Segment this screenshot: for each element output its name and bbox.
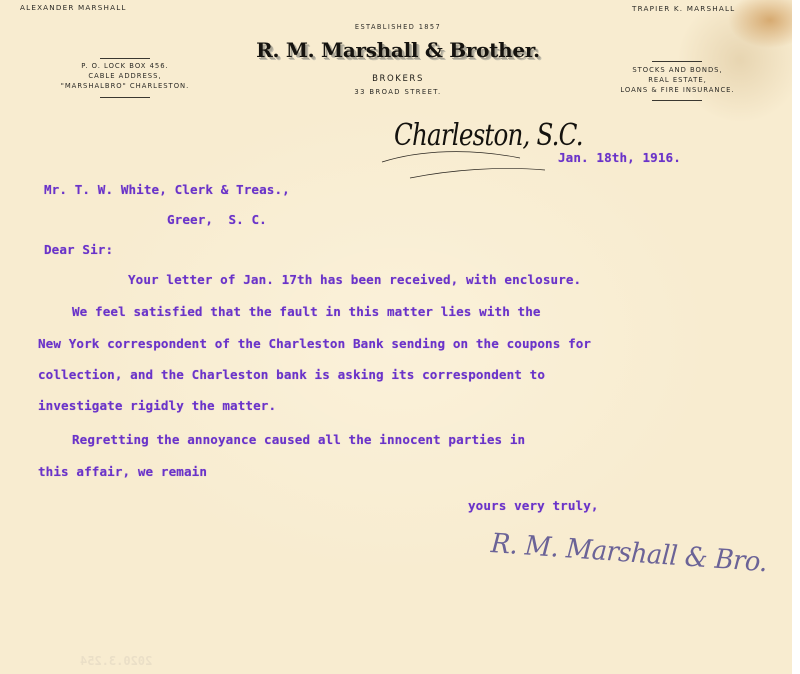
bleed-through-accession-number: 2020.3.254 — [80, 654, 152, 668]
script-flourish-icon — [380, 140, 560, 180]
po-box: P. O. LOCK BOX 456. — [40, 61, 210, 71]
service-stocks: STOCKS AND BONDS, — [590, 65, 765, 75]
contact-block: P. O. LOCK BOX 456. CABLE ADDRESS, "MARS… — [40, 61, 210, 91]
firm-type: BROKERS — [298, 74, 498, 84]
service-real-estate: REAL ESTATE, — [590, 75, 765, 85]
paragraph-3-line-2: this affair, we remain — [38, 464, 207, 479]
closing: yours very truly, — [468, 498, 599, 513]
firm-name: R. M. Marshall & Brother. — [248, 38, 548, 62]
partner-right: TRAPIER K. MARSHALL — [632, 4, 735, 13]
letter-date: Jan. 18th, 1916. — [558, 150, 681, 165]
street-address: 33 BROAD STREET. — [298, 88, 498, 96]
letter-page: ALEXANDER MARSHALL TRAPIER K. MARSHALL E… — [0, 0, 792, 674]
paragraph-1-line-1: Your letter of Jan. 17th has been receiv… — [128, 272, 581, 287]
salutation: Dear Sir: — [44, 242, 113, 257]
divider — [100, 58, 150, 59]
recipient-location: Greer, S. C. — [167, 212, 267, 227]
divider — [652, 61, 702, 62]
divider — [100, 97, 150, 98]
paragraph-3-line-1: Regretting the annoyance caused all the … — [72, 432, 525, 447]
paragraph-2-line-4: investigate rigidly the matter. — [38, 398, 276, 413]
divider — [652, 100, 702, 101]
services-block: STOCKS AND BONDS, REAL ESTATE, LOANS & F… — [590, 65, 765, 95]
signature: R. M. Marshall & Bro. — [490, 528, 768, 578]
paragraph-2-line-2: New York correspondent of the Charleston… — [38, 336, 591, 351]
paragraph-2-line-3: collection, and the Charleston bank is a… — [38, 367, 545, 382]
cable-address: "MARSHALBRO" CHARLESTON. — [40, 81, 210, 91]
established-date: ESTABLISHED 1857 — [298, 23, 498, 31]
service-loans: LOANS & FIRE INSURANCE. — [590, 85, 765, 95]
paragraph-2-line-1: We feel satisfied that the fault in this… — [72, 304, 541, 319]
recipient-name: Mr. T. W. White, Clerk & Treas., — [44, 182, 290, 197]
partner-left: ALEXANDER MARSHALL — [20, 3, 127, 12]
cable-address-label: CABLE ADDRESS, — [40, 71, 210, 81]
